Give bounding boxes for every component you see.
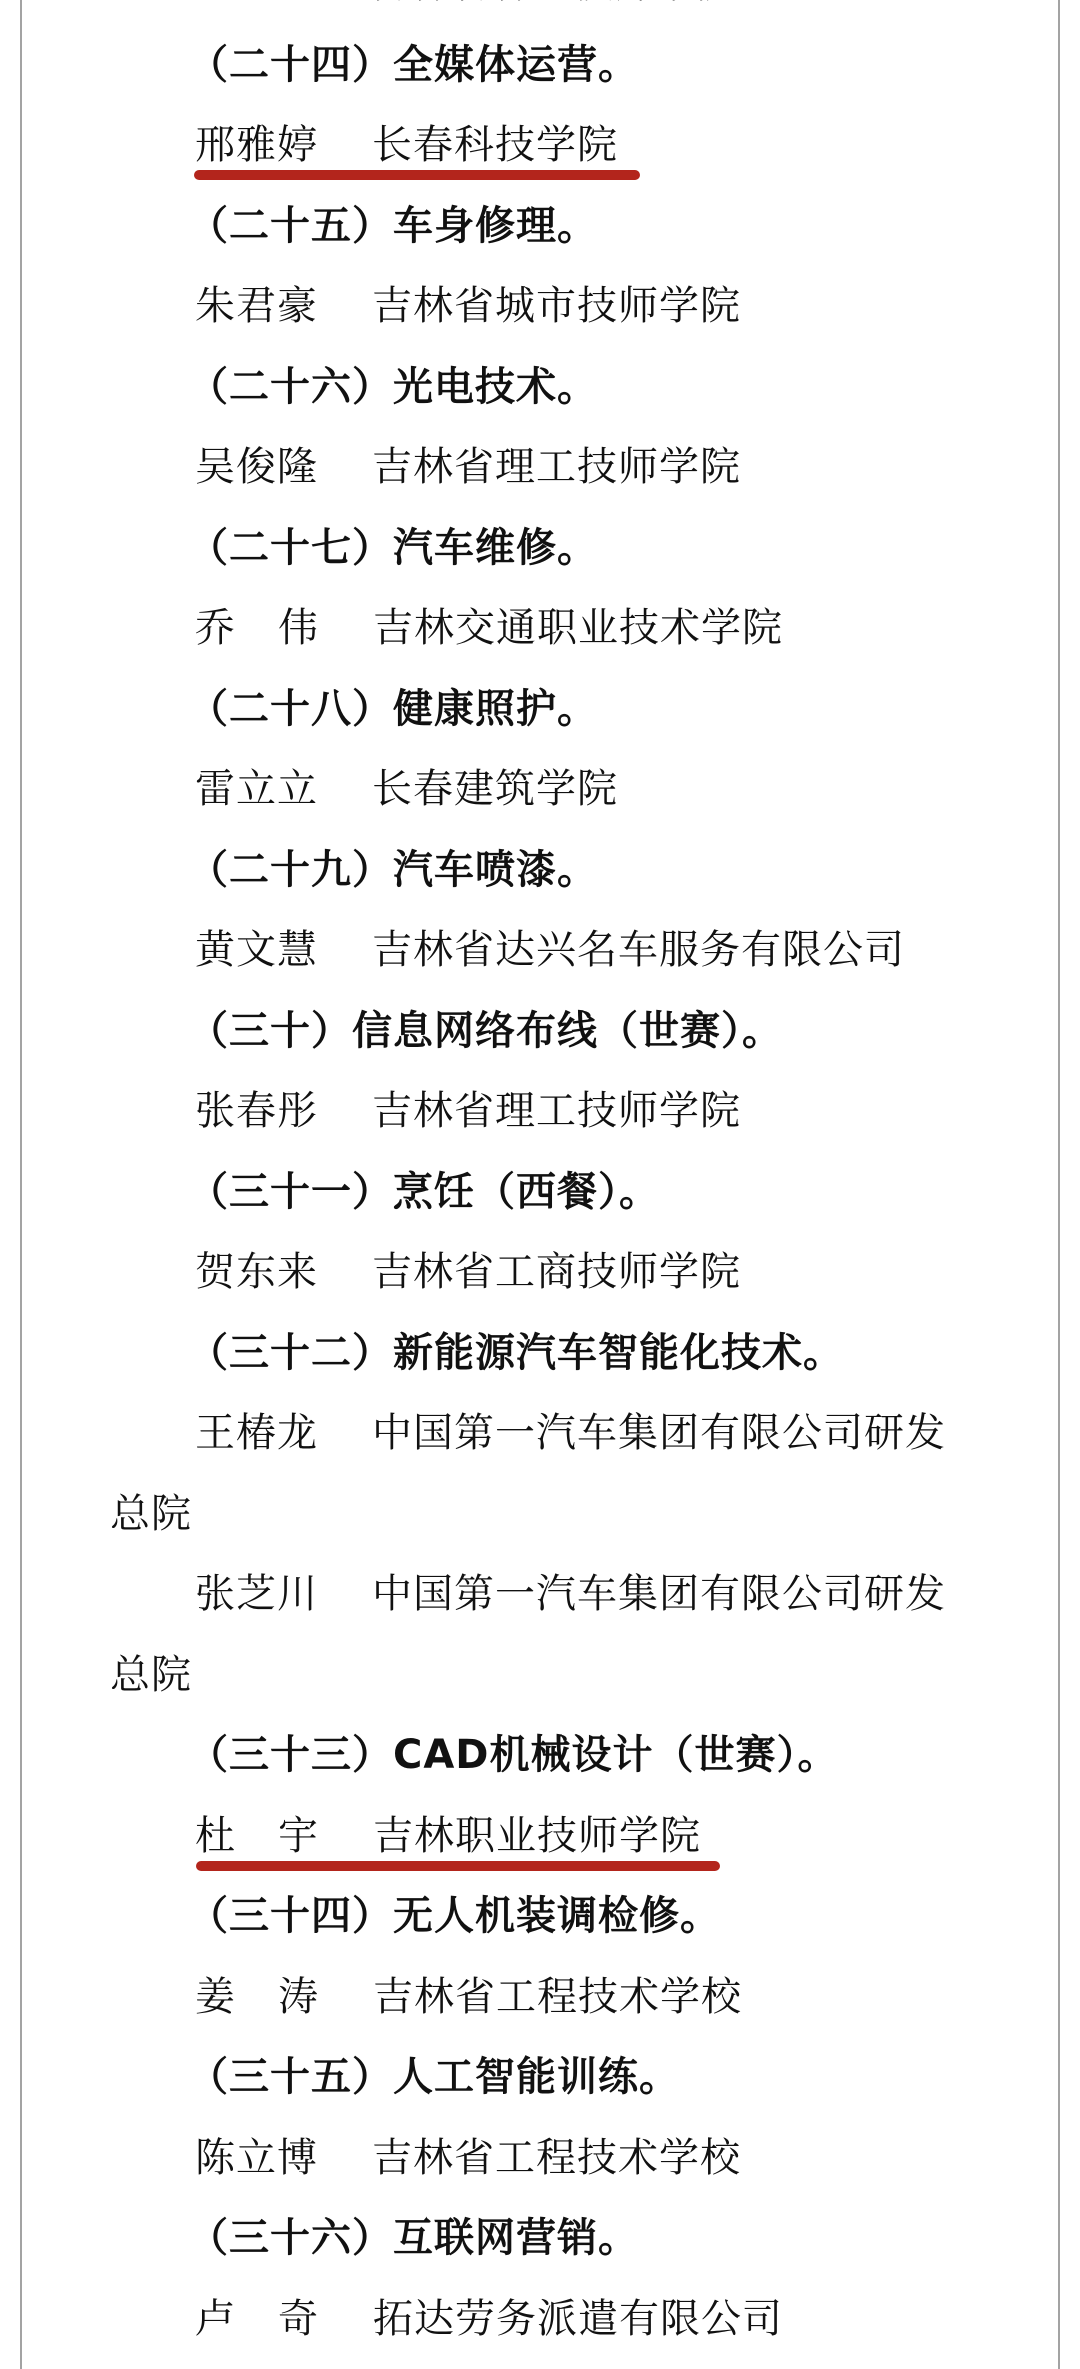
entry-org: 吉林省林业技师学院 <box>369 0 738 7</box>
section-heading: （二十七）汽车维修。 <box>188 520 598 576</box>
entry-org: 吉林省工商技师学院 <box>372 1249 741 1295</box>
entry-line: 姜涛吉林省工程技术学校 <box>195 1969 742 2025</box>
entry-line: 黄文慧吉林省达兴名车服务有限公司 <box>195 922 905 978</box>
section-heading: （三十）信息网络布线（世赛）。 <box>188 1003 783 1059</box>
entry-name: 陈立博 <box>195 2135 318 2181</box>
section-heading: （二十六）光电技术。 <box>188 359 598 415</box>
section-heading: （三十四）无人机装调检修。 <box>188 1888 721 1944</box>
entry-line: 王椿龙中国第一汽车集团有限公司研发 <box>195 1405 946 1461</box>
entry-org: 吉林省工程技术学校 <box>372 2135 741 2181</box>
entry-line: 贺东来吉林省工商技师学院 <box>195 1244 741 1300</box>
entry-name: 卢奇 <box>195 2296 319 2342</box>
entry-line: 陈立博吉林省工程技术学校 <box>195 2130 741 2186</box>
clipped-entry-line: 吉林省林业技师学院 <box>195 0 738 12</box>
entry-org: 中国第一汽车集团有限公司研发 <box>372 1410 946 1456</box>
entry-name: 杜宇 <box>195 1813 319 1859</box>
entry-name: 雷立立 <box>195 766 318 812</box>
section-heading: （三十二）新能源汽车智能化技术。 <box>188 1325 844 1381</box>
document-page: 吉林省林业技师学院 （二十四）全媒体运营。 邢雅婷长春科技学院 （二十五）车身修… <box>0 0 1080 2369</box>
entry-org-continuation: 总院 <box>110 1486 192 1542</box>
section-heading: （三十六）互联网营销。 <box>188 2210 639 2266</box>
entry-line: 邢雅婷长春科技学院 <box>195 117 618 173</box>
entry-name: 黄文慧 <box>195 927 318 973</box>
entry-org-continuation: 总院 <box>110 1647 192 1703</box>
highlight-underline <box>194 170 640 180</box>
section-heading: （三十三）CAD机械设计（世赛）。 <box>188 1727 839 1783</box>
entry-org: 吉林省城市技师学院 <box>372 283 741 329</box>
entry-line: 乔伟吉林交通职业技术学院 <box>195 600 783 656</box>
entry-org: 吉林省工程技术学校 <box>373 1974 742 2020</box>
entry-org: 吉林省理工技师学院 <box>372 1088 741 1134</box>
entry-line: 卢奇拓达劳务派遣有限公司 <box>195 2291 783 2347</box>
entry-org: 吉林省达兴名车服务有限公司 <box>372 927 905 973</box>
entry-name: 贺东来 <box>195 1249 318 1295</box>
entry-name: 邢雅婷 <box>195 122 318 168</box>
entry-org: 中国第一汽车集团有限公司研发 <box>372 1571 946 1617</box>
entry-name: 王椿龙 <box>195 1410 318 1456</box>
entry-name: 乔伟 <box>195 605 319 651</box>
entry-org: 长春建筑学院 <box>372 766 618 812</box>
entry-org: 吉林职业技师学院 <box>373 1813 701 1859</box>
section-heading: （二十八）健康照护。 <box>188 681 598 737</box>
entry-name: 姜涛 <box>195 1974 319 2020</box>
entry-org: 吉林交通职业技术学院 <box>373 605 783 651</box>
entry-line: 雷立立长春建筑学院 <box>195 761 618 817</box>
entry-name: 吴俊隆 <box>195 444 318 490</box>
entry-line: 杜宇吉林职业技师学院 <box>195 1808 701 1864</box>
section-heading: （二十四）全媒体运营。 <box>188 37 639 93</box>
section-heading: （二十五）车身修理。 <box>188 198 598 254</box>
section-heading: （三十五）人工智能训练。 <box>188 2049 680 2105</box>
entry-name: 张芝川 <box>195 1571 318 1617</box>
entry-line: 朱君豪吉林省城市技师学院 <box>195 278 741 334</box>
section-heading: （三十一）烹饪（西餐）。 <box>188 1164 660 1220</box>
entry-name: 朱君豪 <box>195 283 318 329</box>
entry-org: 长春科技学院 <box>372 122 618 168</box>
entry-org: 吉林省理工技师学院 <box>372 444 741 490</box>
section-heading: （二十九）汽车喷漆。 <box>188 842 598 898</box>
highlight-underline <box>196 1861 720 1871</box>
entry-line: 张芝川中国第一汽车集团有限公司研发 <box>195 1566 946 1622</box>
entry-line: 张春彤吉林省理工技师学院 <box>195 1083 741 1139</box>
entry-line: 吴俊隆吉林省理工技师学院 <box>195 439 741 495</box>
entry-name: 张春彤 <box>195 1088 318 1134</box>
entry-org: 拓达劳务派遣有限公司 <box>373 2296 783 2342</box>
